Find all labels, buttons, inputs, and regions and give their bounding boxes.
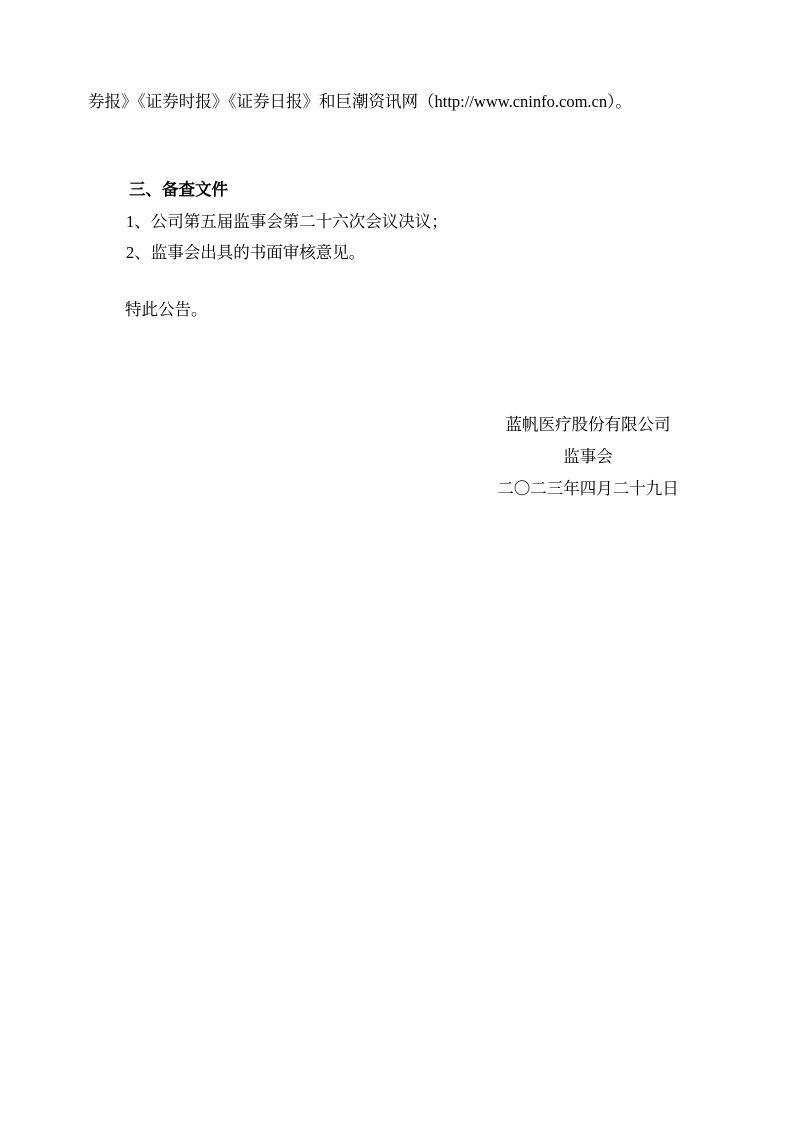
list-item-resolution: 1、公司第五届监事会第二十六次会议决议； [126,213,448,232]
list-item-written-opinion: 2、监事会出具的书面审核意见。 [126,244,365,263]
signature-date: 二〇二三年四月二十九日 [460,473,716,505]
signature-company-name: 蓝帆医疗股份有限公司 [460,409,716,441]
signature-department: 监事会 [460,441,716,473]
closing-announcement: 特此公告。 [125,301,208,320]
signature-block: 蓝帆医疗股份有限公司 监事会 二〇二三年四月二十九日 [460,409,716,505]
paragraph-continuation-disclosure-media: 券报》《证券时报》《证券日报》和巨潮资讯网（http://www.cninfo.… [88,93,708,112]
document-page: 券报》《证券时报》《证券日报》和巨潮资讯网（http://www.cninfo.… [0,0,793,1122]
section-heading-reference-documents: 三、备查文件 [129,181,228,200]
